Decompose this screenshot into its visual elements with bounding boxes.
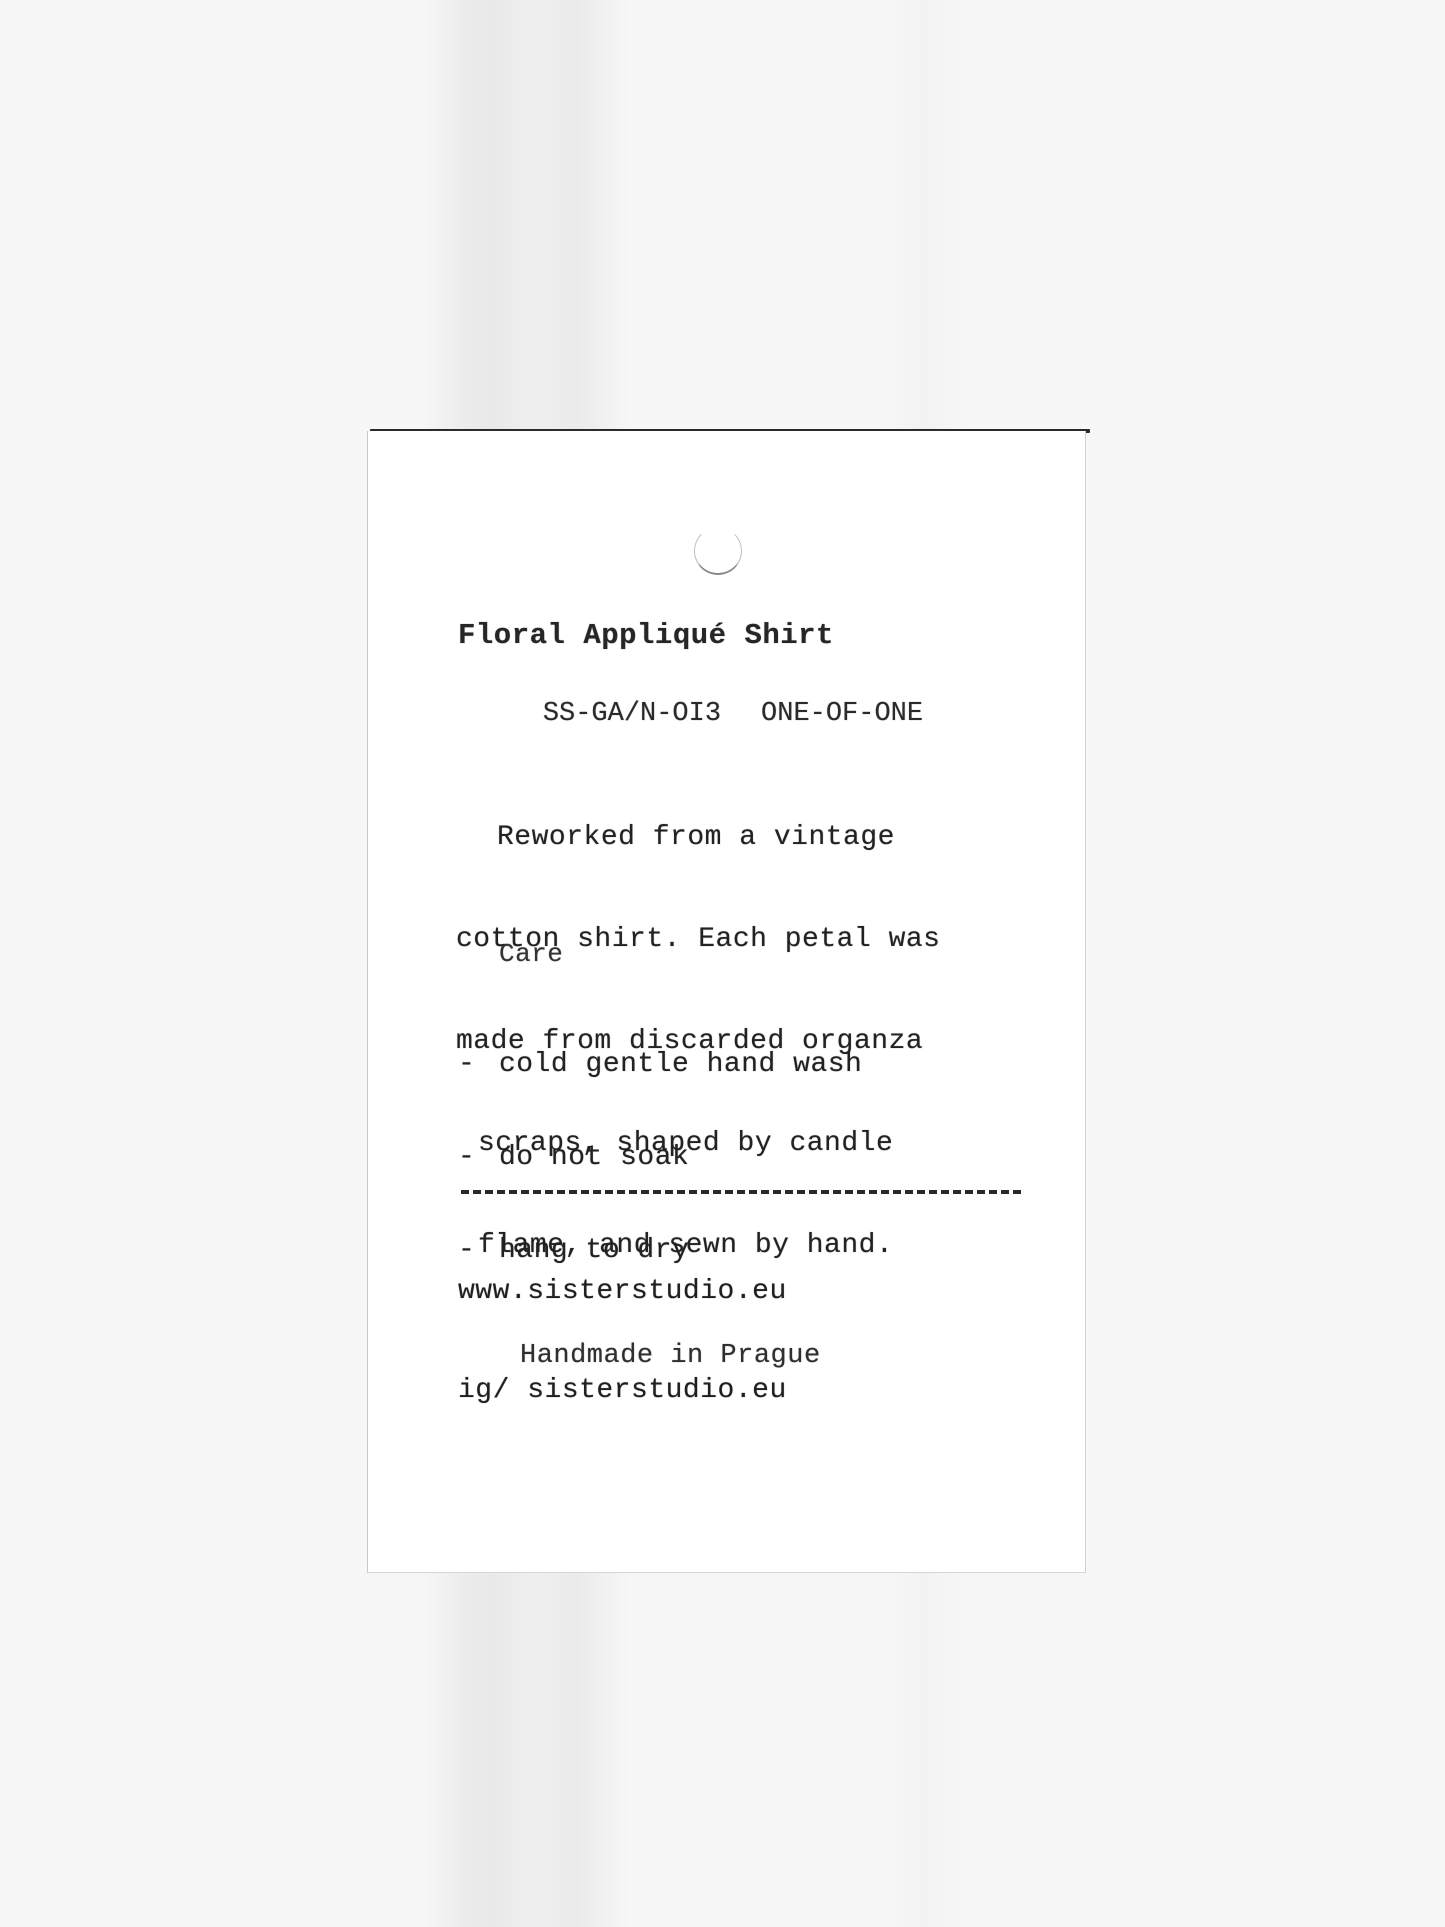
instagram-handle: ig/ sisterstudio.eu (458, 1374, 787, 1407)
product-code-line: SS-GA/N-OI3ONE-OF-ONE (478, 669, 923, 759)
care-item: -do not soak (458, 1142, 862, 1173)
product-title: Floral Appliqué Shirt (458, 619, 834, 652)
care-item: -cold gentle hand wash (458, 1049, 862, 1080)
care-item-text: cold gentle hand wash (499, 1049, 862, 1080)
product-code: SS-GA/N-OI3 (543, 699, 721, 729)
description-line: Reworked from a vintage (456, 821, 940, 855)
dash-bullet-icon: - (458, 1142, 499, 1173)
edition-label: ONE-OF-ONE (761, 699, 923, 729)
website-link: www.sisterstudio.eu (458, 1275, 787, 1308)
origin-label: Handmade in Prague (520, 1341, 821, 1371)
hang-tag: Floral Appliqué Shirt SS-GA/N-OI3ONE-OF-… (367, 431, 1086, 1573)
care-item-text: do not soak (499, 1142, 689, 1173)
string-hole-icon (694, 527, 742, 575)
care-heading: Care (499, 939, 563, 969)
dashed-divider (461, 1190, 1021, 1194)
dash-bullet-icon: - (458, 1049, 499, 1080)
